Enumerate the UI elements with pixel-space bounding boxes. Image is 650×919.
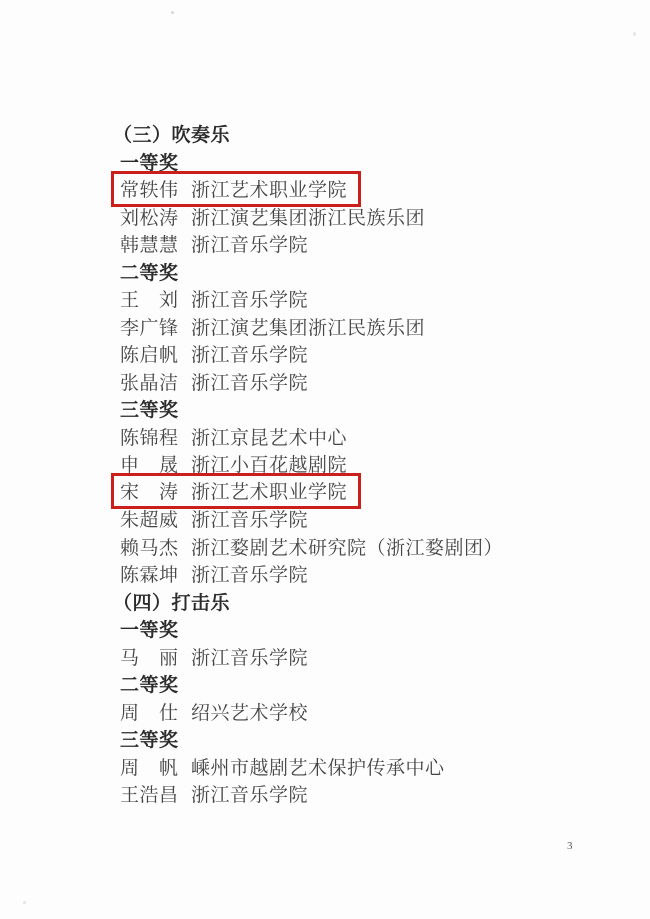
winner-entry: 韩慧慧浙江音乐学院 [120,230,308,257]
winner-org: 浙江音乐学院 [191,780,308,807]
winner-row: 王浩昌浙江音乐学院 [120,780,650,808]
highlighted-winner: 常轶伟浙江艺术职业学院 [111,171,361,207]
winner-name: 周 帆 [120,753,179,780]
winner-org: 浙江音乐学院 [191,285,308,312]
winner-name: 陈锦程 [120,423,179,450]
winner-row: 常轶伟浙江艺术职业学院 [120,175,650,203]
document-page: （三）吹奏乐一等奖常轶伟浙江艺术职业学院刘松涛浙江演艺集团浙江民族乐团韩慧慧浙江… [0,0,650,919]
winner-name: 陈启帆 [120,340,179,367]
winner-entry: 赖马杰浙江婺剧艺术研究院（浙江婺剧团） [120,533,503,560]
winner-row: 马 丽浙江音乐学院 [120,643,650,671]
highlighted-winner: 宋 涛浙江艺术职业学院 [111,473,361,509]
prize-label: 一等奖 [120,615,650,643]
winner-org: 浙江演艺集团浙江民族乐团 [191,313,425,340]
winner-row: 王 刘浙江音乐学院 [120,285,650,313]
section-heading: （三）吹奏乐 [113,120,650,148]
prize-label: 三等奖 [120,725,650,753]
winner-name: 李广锋 [120,313,179,340]
winner-entry: 周 帆嵊州市越剧艺术保护传承中心 [120,753,445,780]
winner-org: 浙江音乐学院 [191,340,308,367]
winner-org: 浙江音乐学院 [191,505,308,532]
winner-entry: 张晶洁浙江音乐学院 [120,368,308,395]
winner-row: 张晶洁浙江音乐学院 [120,368,650,396]
winner-entry: 马 丽浙江音乐学院 [120,643,308,670]
winner-org: 浙江音乐学院 [191,230,308,257]
winner-org: 浙江音乐学院 [191,643,308,670]
winner-entry: 陈霖坤浙江音乐学院 [120,560,308,587]
winner-row: 朱超威浙江音乐学院 [120,505,650,533]
winner-name: 刘松涛 [120,203,179,230]
winner-row: 周 帆嵊州市越剧艺术保护传承中心 [120,753,650,781]
winner-entry: 王 刘浙江音乐学院 [120,285,308,312]
winner-org: 浙江音乐学院 [191,560,308,587]
winner-entry: 李广锋浙江演艺集团浙江民族乐团 [120,313,425,340]
winner-entry: 周 仕绍兴艺术学校 [120,698,308,725]
winner-name: 周 仕 [120,698,179,725]
prize-label: 二等奖 [120,258,650,286]
winner-row: 宋 涛浙江艺术职业学院 [120,478,650,506]
winner-name: 韩慧慧 [120,230,179,257]
winner-row: 陈启帆浙江音乐学院 [120,340,650,368]
prize-label: 三等奖 [120,395,650,423]
winner-name: 宋 涛 [120,477,179,504]
winner-org: 浙江京昆艺术中心 [191,423,347,450]
winner-entry: 朱超威浙江音乐学院 [120,505,308,532]
winner-name: 王浩昌 [120,780,179,807]
scan-speck [171,11,174,14]
winner-row: 赖马杰浙江婺剧艺术研究院（浙江婺剧团） [120,533,650,561]
winner-entry: 王浩昌浙江音乐学院 [120,780,308,807]
winner-name: 张晶洁 [120,368,179,395]
section-heading: （四）打击乐 [113,588,650,616]
winner-entry: 刘松涛浙江演艺集团浙江民族乐团 [120,203,425,230]
winner-org: 浙江演艺集团浙江民族乐团 [191,203,425,230]
winner-entry: 陈锦程浙江京昆艺术中心 [120,423,347,450]
winner-org: 嵊州市越剧艺术保护传承中心 [191,753,445,780]
winner-row: 李广锋浙江演艺集团浙江民族乐团 [120,313,650,341]
winner-row: 刘松涛浙江演艺集团浙江民族乐团 [120,203,650,231]
winner-entry: 陈启帆浙江音乐学院 [120,340,308,367]
prize-label: 二等奖 [120,670,650,698]
winner-name: 常轶伟 [120,175,179,202]
winner-row: 陈霖坤浙江音乐学院 [120,560,650,588]
winner-name: 王 刘 [120,285,179,312]
winner-org: 浙江艺术职业学院 [191,175,347,202]
page-number: 3 [567,840,573,852]
winner-name: 赖马杰 [120,533,179,560]
winner-name: 陈霖坤 [120,560,179,587]
winner-org: 浙江艺术职业学院 [191,477,347,504]
winner-org: 浙江音乐学院 [191,368,308,395]
scan-speck [23,901,26,904]
winner-row: 陈锦程浙江京昆艺术中心 [120,423,650,451]
scan-speck [633,32,636,36]
winner-row: 周 仕绍兴艺术学校 [120,698,650,726]
winner-row: 韩慧慧浙江音乐学院 [120,230,650,258]
winner-name: 朱超威 [120,505,179,532]
document-body: （三）吹奏乐一等奖常轶伟浙江艺术职业学院刘松涛浙江演艺集团浙江民族乐团韩慧慧浙江… [0,120,650,808]
winner-org: 绍兴艺术学校 [191,698,308,725]
winner-org: 浙江婺剧艺术研究院（浙江婺剧团） [191,533,503,560]
winner-name: 马 丽 [120,643,179,670]
